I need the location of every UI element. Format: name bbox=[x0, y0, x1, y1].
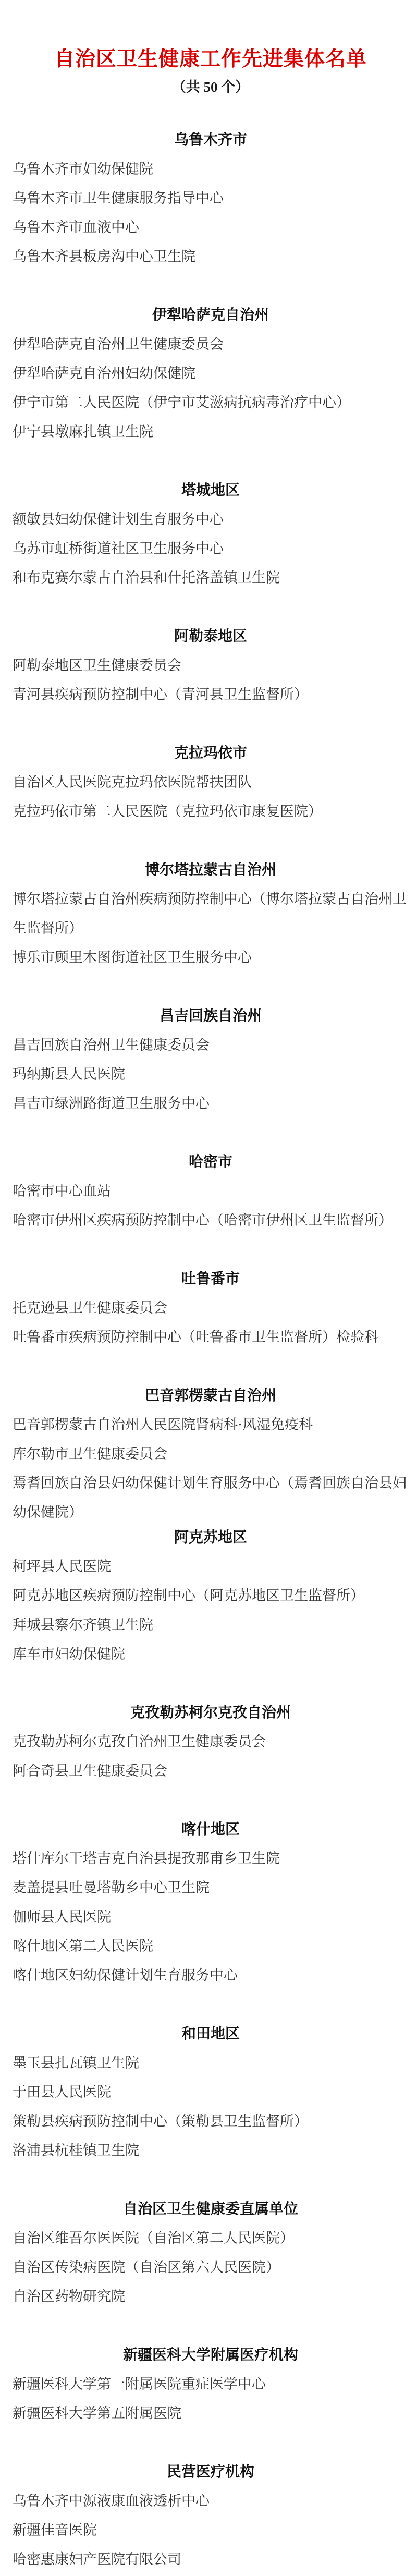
region-section: 克拉玛依市自治区人民医院克拉玛依医院帮扶团队克拉玛依市第二人民医院（克拉玛依市康… bbox=[13, 743, 409, 826]
region-header: 新疆医科大学附属医疗机构 bbox=[13, 2344, 409, 2365]
list-item: 新疆佳音医院 bbox=[13, 2516, 409, 2545]
list-item: 焉耆回族自治县妇幼保健计划生育服务中心（焉耆回族自治县妇幼保健院） bbox=[13, 1468, 409, 1527]
list-item: 托克逊县卫生健康委员会 bbox=[13, 1293, 409, 1322]
region-header: 吐鲁番市 bbox=[13, 1268, 409, 1289]
region-header: 哈密市 bbox=[13, 1151, 409, 1172]
list-item: 新疆医科大学第五附属医院 bbox=[13, 2399, 409, 2428]
region-header: 乌鲁木齐市 bbox=[13, 129, 409, 150]
list-item: 自治区药物研究院 bbox=[13, 2282, 409, 2311]
region-section: 民营医疗机构乌鲁木齐中源液康血液透析中心新疆佳音医院哈密惠康妇产医院有限公司 bbox=[13, 2461, 409, 2574]
list-item: 柯坪县人民医院 bbox=[13, 1552, 409, 1581]
list-item: 拜城县察尔齐镇卫生院 bbox=[13, 1610, 409, 1639]
list-item: 克拉玛依市第二人民医院（克拉玛依市康复医院） bbox=[13, 797, 409, 826]
region-section: 自治区卫生健康委直属单位自治区维吾尔医医院（自治区第二人民医院）自治区传染病医院… bbox=[13, 2198, 409, 2311]
region-section: 阿克苏地区柯坪县人民医院阿克苏地区疾病预防控制中心（阿克苏地区卫生监督所）拜城县… bbox=[13, 1527, 409, 1669]
list-item: 自治区人民医院克拉玛依医院帮扶团队 bbox=[13, 768, 409, 797]
region-header: 伊犁哈萨克自治州 bbox=[13, 305, 409, 325]
list-item: 乌苏市虹桥街道社区卫生服务中心 bbox=[13, 534, 409, 563]
list-item: 塔什库尔干塔吉克自治县提孜那甫乡卫生院 bbox=[13, 1844, 409, 1873]
region-section: 哈密市哈密市中心血站哈密市伊州区疾病预防控制中心（哈密市伊州区卫生监督所） bbox=[13, 1151, 409, 1235]
list-item: 伊宁县墩麻扎镇卫生院 bbox=[13, 417, 409, 446]
region-section: 乌鲁木齐市乌鲁木齐市妇幼保健院乌鲁木齐市卫生健康服务指导中心乌鲁木齐市血液中心乌… bbox=[13, 129, 409, 271]
region-section: 喀什地区塔什库尔干塔吉克自治县提孜那甫乡卫生院麦盖提县吐曼塔勒乡中心卫生院伽师县… bbox=[13, 1819, 409, 1990]
region-header: 和田地区 bbox=[13, 2023, 409, 2044]
region-section: 塔城地区额敏县妇幼保健计划生育服务中心乌苏市虹桥街道社区卫生服务中心和布克赛尔蒙… bbox=[13, 480, 409, 592]
list-item: 喀什地区妇幼保健计划生育服务中心 bbox=[13, 1961, 409, 1990]
region-header: 昌吉回族自治州 bbox=[13, 1005, 409, 1026]
list-item: 吐鲁番市疾病预防控制中心（吐鲁番市卫生监督所）检验科 bbox=[13, 1322, 409, 1352]
list-item: 玛纳斯县人民医院 bbox=[13, 1060, 409, 1089]
list-item: 策勒县疾病预防控制中心（策勒县卫生监督所） bbox=[13, 2107, 409, 2136]
region-section: 伊犁哈萨克自治州伊犁哈萨克自治州卫生健康委员会伊犁哈萨克自治州妇幼保健院伊宁市第… bbox=[13, 305, 409, 446]
list-item: 昌吉回族自治州卫生健康委员会 bbox=[13, 1030, 409, 1060]
list-item: 自治区传染病医院（自治区第六人民医院） bbox=[13, 2253, 409, 2282]
region-header: 博尔塔拉蒙古自治州 bbox=[13, 859, 409, 880]
page-title: 自治区卫生健康工作先进集体名单 bbox=[13, 48, 409, 71]
document-page: 自治区卫生健康工作先进集体名单 （共 50 个） 乌鲁木齐市乌鲁木齐市妇幼保健院… bbox=[0, 0, 417, 2576]
region-section: 巴音郭楞蒙古自治州巴音郭楞蒙古自治州人民医院肾病科·风湿免疫科库尔勒市卫生健康委… bbox=[13, 1385, 409, 1527]
region-section: 阿勒泰地区阿勒泰地区卫生健康委员会青河县疾病预防控制中心（青河县卫生监督所） bbox=[13, 626, 409, 709]
region-section: 克孜勒苏柯尔克孜自治州克孜勒苏柯尔克孜自治州卫生健康委员会阿合奇县卫生健康委员会 bbox=[13, 1702, 409, 1785]
region-header: 阿克苏地区 bbox=[13, 1527, 409, 1548]
region-section: 博尔塔拉蒙古自治州博尔塔拉蒙古自治州疾病预防控制中心（博尔塔拉蒙古自治州卫生监督… bbox=[13, 859, 409, 972]
region-section: 吐鲁番市托克逊县卫生健康委员会吐鲁番市疾病预防控制中心（吐鲁番市卫生监督所）检验… bbox=[13, 1268, 409, 1352]
list-item: 阿勒泰地区卫生健康委员会 bbox=[13, 651, 409, 680]
list-item: 哈密市伊州区疾病预防控制中心（哈密市伊州区卫生监督所） bbox=[13, 1206, 409, 1235]
list-item: 哈密市中心血站 bbox=[13, 1176, 409, 1206]
list-item: 克孜勒苏柯尔克孜自治州卫生健康委员会 bbox=[13, 1727, 409, 1756]
list-item: 哈密惠康妇产医院有限公司 bbox=[13, 2545, 409, 2574]
list-item: 喀什地区第二人民医院 bbox=[13, 1931, 409, 1961]
list-item: 伊犁哈萨克自治州妇幼保健院 bbox=[13, 359, 409, 388]
list-item: 和布克赛尔蒙古自治县和什托洛盖镇卫生院 bbox=[13, 563, 409, 592]
list-item: 墨玉县扎瓦镇卫生院 bbox=[13, 2048, 409, 2077]
list-item: 青河县疾病预防控制中心（青河县卫生监督所） bbox=[13, 680, 409, 709]
list-item: 库车市妇幼保健院 bbox=[13, 1639, 409, 1669]
list-item: 伽师县人民医院 bbox=[13, 1902, 409, 1931]
page-subtitle: （共 50 个） bbox=[13, 78, 409, 96]
region-header: 自治区卫生健康委直属单位 bbox=[13, 2198, 409, 2219]
region-header: 民营医疗机构 bbox=[13, 2461, 409, 2482]
list-item: 洛浦县杭桂镇卫生院 bbox=[13, 2136, 409, 2165]
list-item: 乌鲁木齐市妇幼保健院 bbox=[13, 154, 409, 184]
list-item: 博尔塔拉蒙古自治州疾病预防控制中心（博尔塔拉蒙古自治州卫生监督所） bbox=[13, 884, 409, 943]
region-header: 阿勒泰地区 bbox=[13, 626, 409, 647]
region-section: 昌吉回族自治州昌吉回族自治州卫生健康委员会玛纳斯县人民医院昌吉市绿洲路街道卫生服… bbox=[13, 1005, 409, 1118]
list-item: 乌鲁木齐中源液康血液透析中心 bbox=[13, 2486, 409, 2516]
list-item: 伊宁市第二人民医院（伊宁市艾滋病抗病毒治疗中心） bbox=[13, 388, 409, 417]
list-item: 于田县人民医院 bbox=[13, 2077, 409, 2107]
list-item: 自治区维吾尔医医院（自治区第二人民医院） bbox=[13, 2223, 409, 2253]
region-header: 塔城地区 bbox=[13, 480, 409, 501]
list-item: 阿克苏地区疾病预防控制中心（阿克苏地区卫生监督所） bbox=[13, 1581, 409, 1610]
list-item: 阿合奇县卫生健康委员会 bbox=[13, 1756, 409, 1785]
list-item: 乌鲁木齐市卫生健康服务指导中心 bbox=[13, 184, 409, 213]
section-list: 乌鲁木齐市乌鲁木齐市妇幼保健院乌鲁木齐市卫生健康服务指导中心乌鲁木齐市血液中心乌… bbox=[13, 129, 409, 2574]
list-item: 新疆医科大学第一附属医院重症医学中心 bbox=[13, 2370, 409, 2399]
region-header: 克孜勒苏柯尔克孜自治州 bbox=[13, 1702, 409, 1723]
list-item: 乌鲁木齐市血液中心 bbox=[13, 213, 409, 242]
list-item: 巴音郭楞蒙古自治州人民医院肾病科·风湿免疫科 bbox=[13, 1410, 409, 1439]
list-item: 麦盖提县吐曼塔勒乡中心卫生院 bbox=[13, 1873, 409, 1902]
region-section: 新疆医科大学附属医疗机构新疆医科大学第一附属医院重症医学中心新疆医科大学第五附属… bbox=[13, 2344, 409, 2428]
region-section: 和田地区墨玉县扎瓦镇卫生院于田县人民医院策勒县疾病预防控制中心（策勒县卫生监督所… bbox=[13, 2023, 409, 2165]
list-item: 伊犁哈萨克自治州卫生健康委员会 bbox=[13, 330, 409, 359]
list-item: 博乐市顾里木图街道社区卫生服务中心 bbox=[13, 943, 409, 972]
list-item: 昌吉市绿洲路街道卫生服务中心 bbox=[13, 1089, 409, 1118]
region-header: 克拉玛依市 bbox=[13, 743, 409, 763]
list-item: 库尔勒市卫生健康委员会 bbox=[13, 1439, 409, 1468]
list-item: 乌鲁木齐县板房沟中心卫生院 bbox=[13, 242, 409, 271]
region-header: 巴音郭楞蒙古自治州 bbox=[13, 1385, 409, 1406]
region-header: 喀什地区 bbox=[13, 1819, 409, 1840]
list-item: 额敏县妇幼保健计划生育服务中心 bbox=[13, 505, 409, 534]
